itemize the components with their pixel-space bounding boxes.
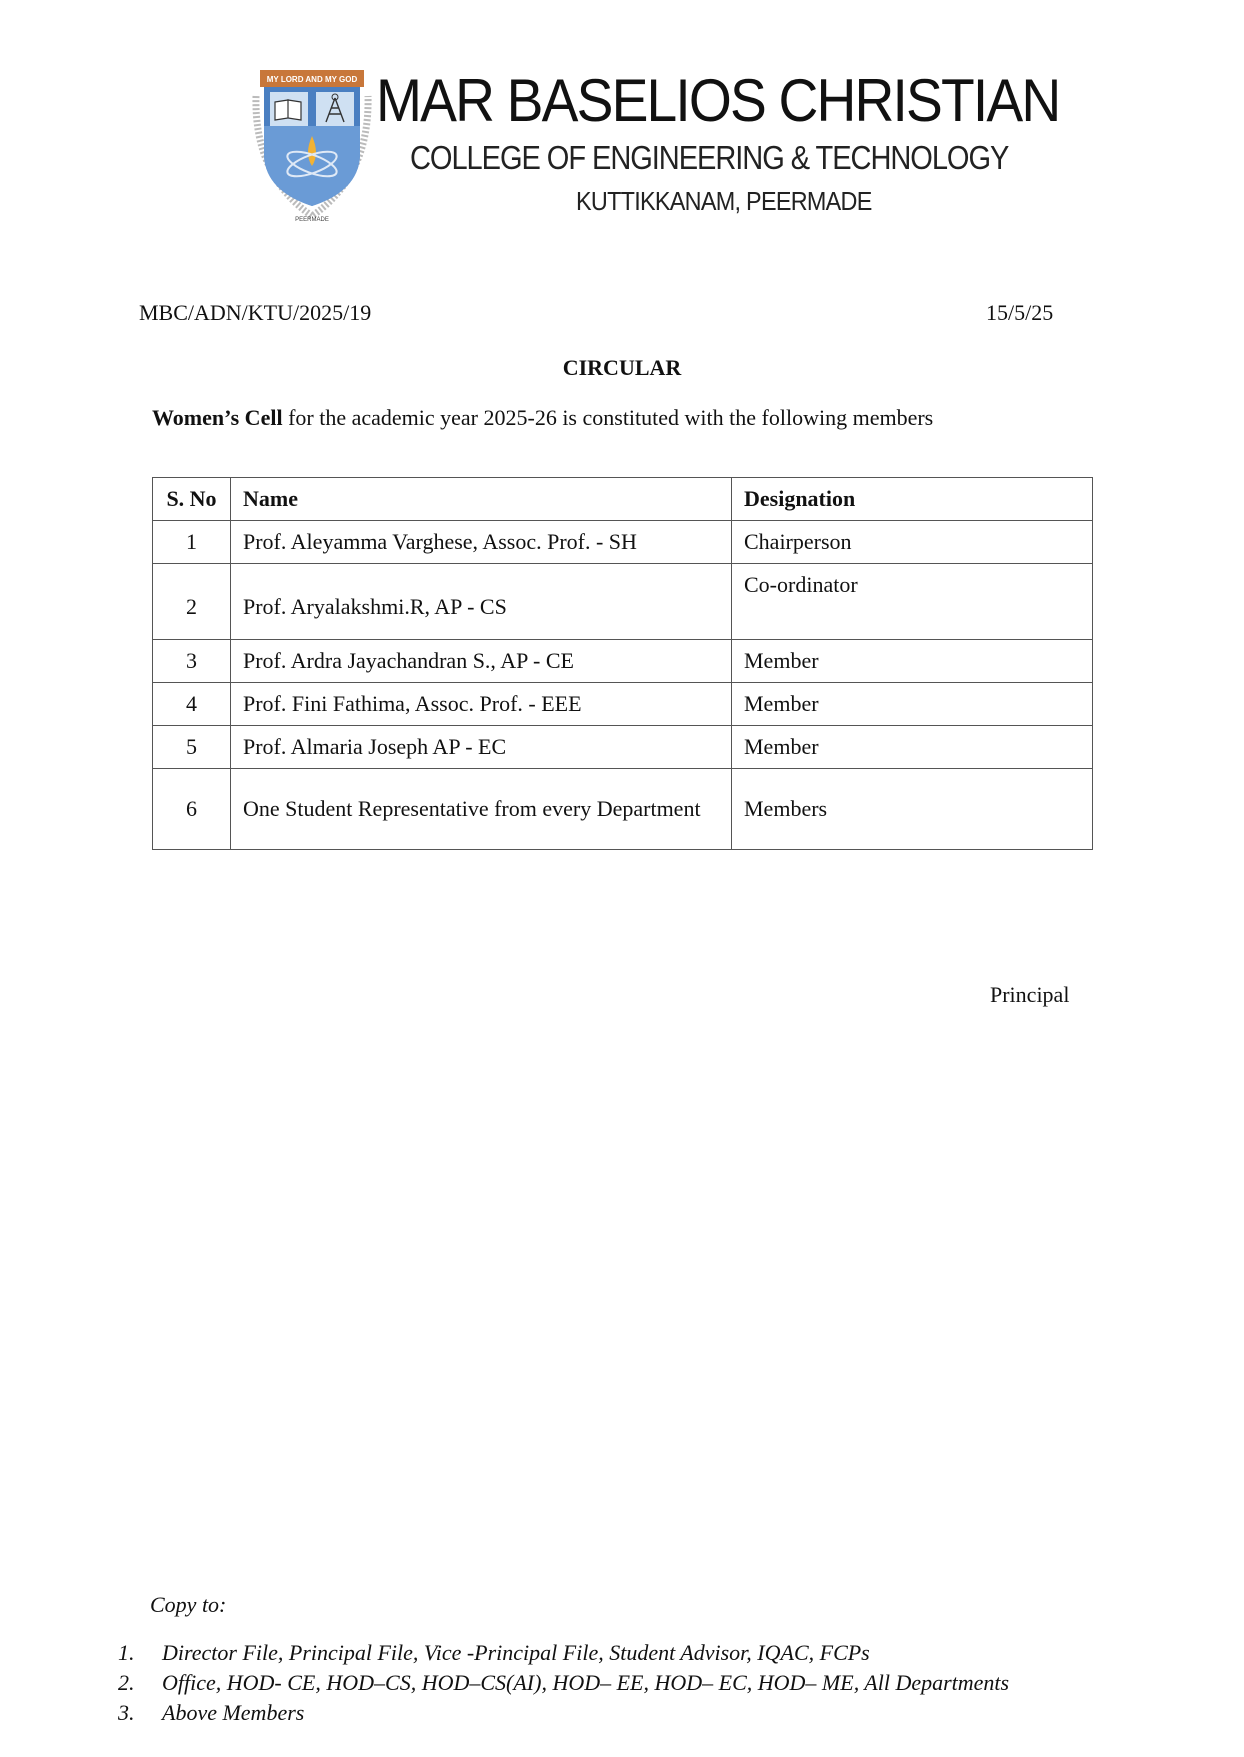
cell-sno: 2 [153,564,231,640]
reference-number: MBC/ADN/KTU/2025/19 [139,300,371,326]
copy-to-list: 1.Director File, Principal File, Vice -P… [118,1638,1009,1728]
list-item-text: Director File, Principal File, Vice -Pri… [162,1640,870,1665]
cell-sno: 4 [153,683,231,726]
circular-title: CIRCULAR [0,355,1244,381]
cell-name: Prof. Fini Fathima, Assoc. Prof. - EEE [231,683,732,726]
list-item-number: 3. [118,1698,162,1728]
cell-designation: Member [732,726,1093,769]
table-header-row: S. No Name Designation [153,478,1093,521]
cell-designation: Co-ordinator [732,564,1093,640]
cell-sno: 3 [153,640,231,683]
cell-designation: Member [732,683,1093,726]
svg-text:MY LORD AND MY GOD: MY LORD AND MY GOD [267,75,358,84]
cell-name: Prof. Aleyamma Varghese, Assoc. Prof. - … [231,521,732,564]
list-item: 1.Director File, Principal File, Vice -P… [118,1638,1009,1668]
intro-bold: Women’s Cell [152,405,283,430]
college-subtitle: COLLEGE OF ENGINEERING & TECHNOLOGY [410,138,1008,178]
list-item-number: 1. [118,1638,162,1668]
cell-name: Prof. Almaria Joseph AP - EC [231,726,732,769]
cell-designation: Member [732,640,1093,683]
table-row: 6 One Student Representative from every … [153,769,1093,850]
table-row: 3 Prof. Ardra Jayachandran S., AP - CE M… [153,640,1093,683]
table-row: 5 Prof. Almaria Joseph AP - EC Member [153,726,1093,769]
header-designation: Designation [732,478,1093,521]
cell-designation: Members [732,769,1093,850]
cell-sno: 5 [153,726,231,769]
header-name: Name [231,478,732,521]
college-crest-icon: MY LORD AND MY GOD PEERMADE [250,66,374,224]
cell-designation: Chairperson [732,521,1093,564]
list-item-text: Above Members [162,1700,304,1725]
copy-to-label: Copy to: [150,1592,226,1618]
cell-sno: 1 [153,521,231,564]
cell-name: One Student Representative from every De… [231,769,732,850]
table-row: 1 Prof. Aleyamma Varghese, Assoc. Prof. … [153,521,1093,564]
svg-text:PEERMADE: PEERMADE [295,217,329,223]
list-item: 3.Above Members [118,1698,1009,1728]
list-item: 2.Office, HOD- CE, HOD–CS, HOD–CS(AI), H… [118,1668,1009,1698]
header-sno: S. No [153,478,231,521]
members-table: S. No Name Designation 1 Prof. Aleyamma … [152,477,1093,850]
letterhead: MY LORD AND MY GOD PEERMADE MAR BASELIOS… [250,66,1080,226]
college-location: KUTTIKKANAM, PEERMADE [576,185,872,217]
list-item-number: 2. [118,1668,162,1698]
intro-paragraph: Women’s Cell for the academic year 2025-… [152,405,933,431]
table-row: 2 Prof. Aryalakshmi.R, AP - CS Co-ordina… [153,564,1093,640]
college-name: MAR BASELIOS CHRISTIAN [376,66,1059,136]
cell-name: Prof. Aryalakshmi.R, AP - CS [231,564,732,640]
signatory-title: Principal [990,982,1069,1008]
intro-text: for the academic year 2025-26 is constit… [283,405,934,430]
cell-name: Prof. Ardra Jayachandran S., AP - CE [231,640,732,683]
table-row: 4 Prof. Fini Fathima, Assoc. Prof. - EEE… [153,683,1093,726]
cell-sno: 6 [153,769,231,850]
list-item-text: Office, HOD- CE, HOD–CS, HOD–CS(AI), HOD… [162,1670,1009,1695]
circular-date: 15/5/25 [986,300,1053,326]
